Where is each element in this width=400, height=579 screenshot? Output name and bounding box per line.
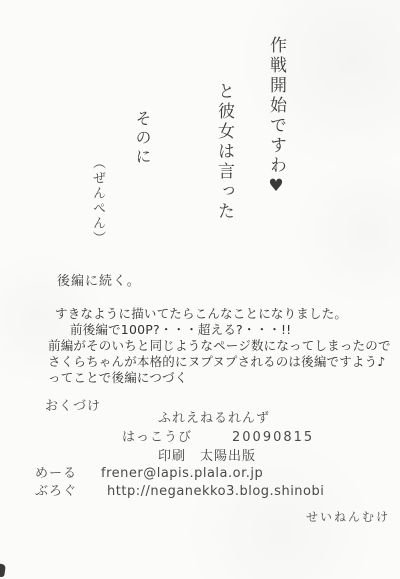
afterword-text: すきなように描いてたらこんなことになりました。 前後編で100P?・・・超える?… xyxy=(48,306,391,386)
afterword-line: 前後編で100P?・・・超える?・・・!! xyxy=(70,322,391,338)
vertical-title-line-2: と彼女は言った xyxy=(212,82,237,222)
vertical-title-line-3: そのに xyxy=(131,110,154,167)
publish-date-value: 20090815 xyxy=(232,430,314,445)
blog-url: http://neganekko3.blog.shinobi xyxy=(107,484,324,499)
scan-artifact-speck xyxy=(0,564,6,578)
continuation-note: 後編に続く。 xyxy=(57,270,141,289)
doujinshi-afterword-page: 作戦開始ですわ♥ と彼女は言った そのに （ぜんぺん） 後編に続く。 すきなよう… xyxy=(0,0,400,579)
colophon-label: おくづけ xyxy=(45,395,101,414)
afterword-line: ってことで後編につづく xyxy=(48,370,391,386)
mail-label: めーる xyxy=(35,466,77,481)
publish-date-label: はっこうび xyxy=(122,430,192,445)
publish-date-row: はっこうび20090815 xyxy=(122,426,314,445)
afterword-line: 前編がそのいちと同じようなページ数になってしまったので xyxy=(48,338,391,354)
blog-label: ぶろぐ xyxy=(35,484,77,499)
blog-row: ぶろぐhttp://neganekko3.blog.shinobi xyxy=(35,480,324,499)
circle-name: ふれえねるれんず xyxy=(158,407,270,426)
mail-address: frener@lapis.plala.or.jp xyxy=(101,466,263,481)
vertical-title-line-1: 作戦開始ですわ♥ xyxy=(264,36,289,199)
afterword-line: すきなように描いてたらこんなことになりました。 xyxy=(55,306,391,322)
mail-row: めーるfrener@lapis.plala.or.jp xyxy=(35,462,263,481)
age-rating-note: せいねんむけ xyxy=(306,508,390,525)
afterword-line: さくらちゃんが本格的にヌプヌプされるのは後編ですよう♪ xyxy=(48,354,391,370)
vertical-title-line-4: （ぜんぺん） xyxy=(88,156,107,246)
